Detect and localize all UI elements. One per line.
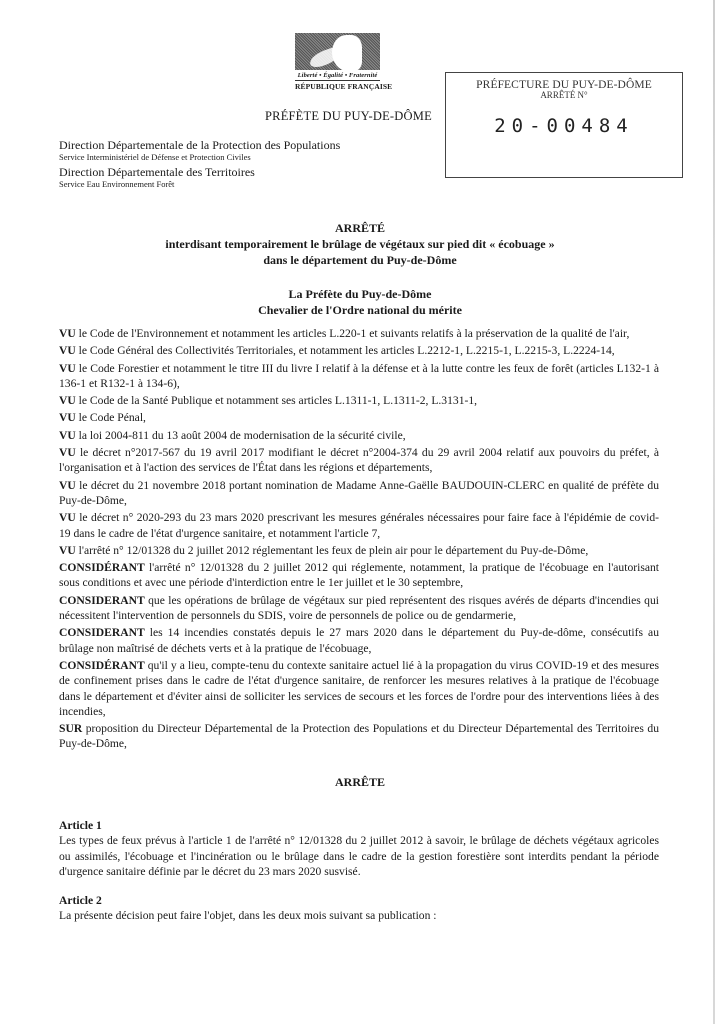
- article-2: Article 2 La présente décision peut fair…: [59, 893, 659, 924]
- preamble-clause: CONSIDERANT que les opérations de brûlag…: [59, 593, 659, 624]
- republique-francaise-logo: Liberté • Égalité • Fraternité RÉPUBLIQU…: [295, 33, 380, 91]
- clause-text: le décret n° 2020-293 du 23 mars 2020 pr…: [59, 511, 659, 539]
- clause-lead: VU: [59, 479, 76, 492]
- clause-lead: VU: [59, 362, 76, 375]
- clause-text: le Code Forestier et notamment le titre …: [59, 362, 659, 390]
- decree-number: 20-00484: [446, 115, 682, 137]
- marianne-logo-icon: [295, 33, 380, 70]
- article-text: Les types de feux prévus à l'article 1 d…: [59, 833, 659, 879]
- clause-text: les 14 incendies constatés depuis le 27 …: [59, 626, 659, 654]
- preamble-clause: VU le Code de l'Environnement et notamme…: [59, 326, 659, 341]
- direction-main: Direction Départementale des Territoires: [59, 166, 340, 178]
- preamble-clause: CONSIDERANT les 14 incendies constatés d…: [59, 625, 659, 656]
- preamble-clause: VU le Code Forestier et notamment le tit…: [59, 361, 659, 392]
- clause-lead: VU: [59, 344, 76, 357]
- article-title: Article 2: [59, 893, 659, 908]
- preamble-clause: CONSIDÉRANT l'arrêté n° 12/01328 du 2 ju…: [59, 560, 659, 591]
- logo-motto: Liberté • Égalité • Fraternité: [295, 72, 380, 79]
- article-text: La présente décision peut faire l'objet,…: [59, 908, 659, 923]
- article-title: Article 1: [59, 818, 659, 833]
- clause-lead: VU: [59, 394, 76, 407]
- registration-stamp: PRÉFECTURE DU PUY-DE-DÔME ARRÊTÉ N° 20-0…: [445, 72, 683, 178]
- title-line: interdisant temporairement le brûlage de…: [60, 236, 660, 252]
- clause-lead: SUR: [59, 722, 82, 735]
- clause-text: la loi 2004-811 du 13 août 2004 de moder…: [76, 429, 406, 442]
- logo-divider: [295, 80, 380, 81]
- clause-text: qu'il y a lieu, compte-tenu du contexte …: [59, 659, 659, 718]
- preamble-clause: CONSIDÉRANT qu'il y a lieu, compte-tenu …: [59, 658, 659, 719]
- clause-lead: VU: [59, 544, 76, 557]
- signatory-name: La Préfète du Puy-de-Dôme: [60, 286, 660, 302]
- clause-text: l'arrêté n° 12/01328 du 2 juillet 2012 r…: [76, 544, 589, 557]
- clause-text: l'arrêté n° 12/01328 du 2 juillet 2012 q…: [59, 561, 659, 589]
- signatory-block: La Préfète du Puy-de-Dôme Chevalier de l…: [60, 286, 660, 318]
- clause-lead: CONSIDERANT: [59, 594, 145, 607]
- directions-block: Direction Départementale de la Protectio…: [59, 139, 340, 192]
- clause-text: le décret n°2017-567 du 19 avril 2017 mo…: [59, 446, 659, 474]
- preamble-clause: VU la loi 2004-811 du 13 août 2004 de mo…: [59, 428, 659, 443]
- stamp-subtitle: ARRÊTÉ N°: [446, 90, 682, 100]
- clause-lead: VU: [59, 411, 76, 424]
- clause-text: le Code Pénal,: [76, 411, 146, 424]
- preamble-clause: SUR proposition du Directeur Département…: [59, 721, 659, 752]
- clause-lead: CONSIDÉRANT: [59, 561, 145, 574]
- signatory-title: Chevalier de l'Ordre national du mérite: [60, 302, 660, 318]
- preamble-clauses: VU le Code de l'Environnement et notamme…: [59, 326, 659, 754]
- direction-service: Service Interministériel de Défense et P…: [59, 153, 340, 162]
- clause-lead: VU: [59, 429, 76, 442]
- document-page: Liberté • Égalité • Fraternité RÉPUBLIQU…: [0, 0, 724, 1024]
- clause-lead: VU: [59, 511, 76, 524]
- scan-edge-line: [713, 0, 715, 1024]
- clause-lead: CONSIDÉRANT: [59, 659, 145, 672]
- article-1: Article 1 Les types de feux prévus à l'a…: [59, 818, 659, 879]
- preamble-clause: VU le décret n° 2020-293 du 23 mars 2020…: [59, 510, 659, 541]
- clause-text: le décret du 21 novembre 2018 portant no…: [59, 479, 659, 507]
- preamble-clause: VU le Code Pénal,: [59, 410, 659, 425]
- preamble-clause: VU le décret du 21 novembre 2018 portant…: [59, 478, 659, 509]
- title-line: dans le département du Puy-de-Dôme: [60, 252, 660, 268]
- preamble-clause: VU le Code de la Santé Publique et notam…: [59, 393, 659, 408]
- clause-text: proposition du Directeur Départemental d…: [59, 722, 659, 750]
- issuer-header: PRÉFÈTE DU PUY-DE-DÔME: [265, 109, 432, 124]
- direction-main: Direction Départementale de la Protectio…: [59, 139, 340, 151]
- clause-lead: CONSIDERANT: [59, 626, 145, 639]
- preamble-clause: VU le décret n°2017-567 du 19 avril 2017…: [59, 445, 659, 476]
- document-title: ARRÊTÉ interdisant temporairement le brû…: [60, 220, 660, 268]
- clause-text: le Code Général des Collectivités Territ…: [76, 344, 615, 357]
- clause-lead: VU: [59, 446, 76, 459]
- clause-text: le Code de la Santé Publique et notammen…: [76, 394, 477, 407]
- preamble-clause: VU l'arrêté n° 12/01328 du 2 juillet 201…: [59, 543, 659, 558]
- direction-service: Service Eau Environnement Forêt: [59, 180, 340, 189]
- clause-lead: VU: [59, 327, 76, 340]
- clause-text: que les opérations de brûlage de végétau…: [59, 594, 659, 622]
- clause-text: le Code de l'Environnement et notamment …: [76, 327, 630, 340]
- decision-heading: ARRÊTE: [60, 775, 660, 790]
- logo-republic: RÉPUBLIQUE FRANÇAISE: [295, 82, 380, 91]
- title-heading: ARRÊTÉ: [60, 220, 660, 236]
- preamble-clause: VU le Code Général des Collectivités Ter…: [59, 343, 659, 358]
